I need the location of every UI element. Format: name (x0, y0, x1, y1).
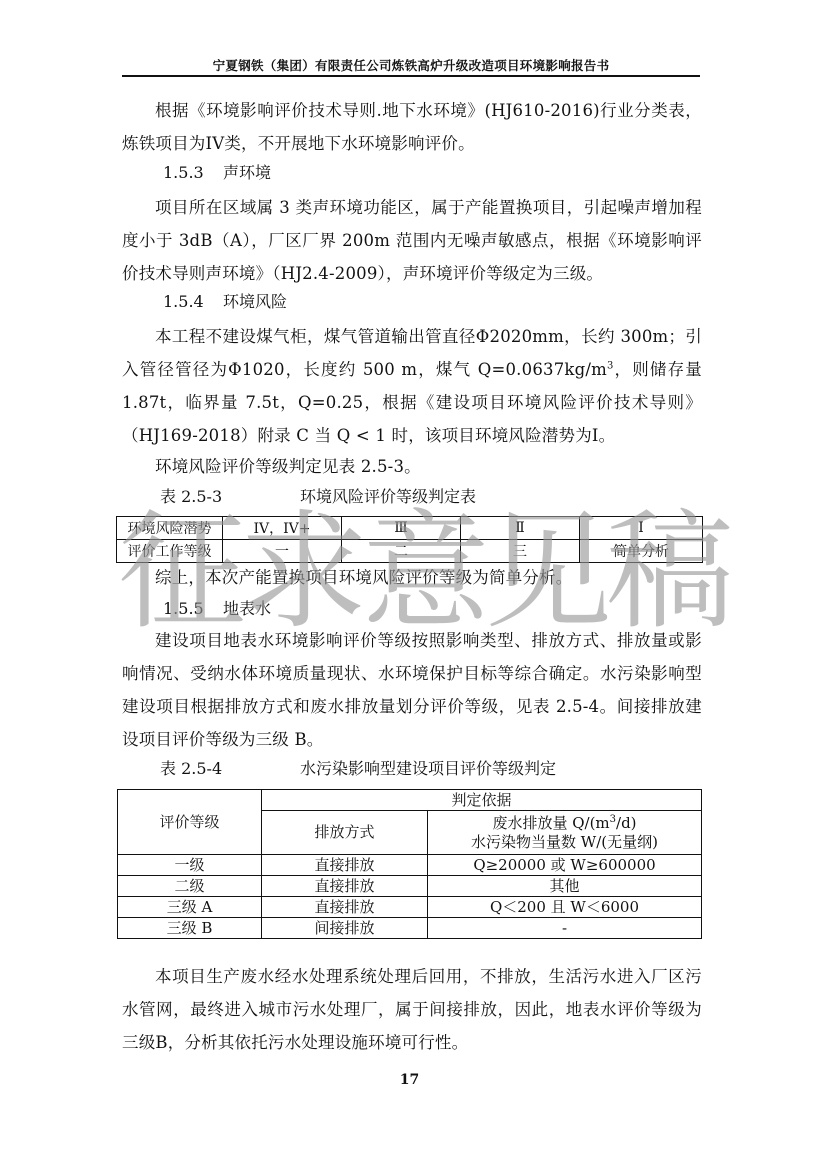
table-header-cell: 废水排放量 Q/(m3/d) 水污染物当量数 W/(无量纲) (428, 811, 702, 855)
paragraph-surface-water: 建设项目地表水环境影响评价等级按照影响类型、排放方式、排放量或影响情况、受纳水体… (122, 624, 702, 756)
section-title: 环境风险 (223, 292, 287, 311)
page-number: 17 (0, 1072, 819, 1088)
table-cell: 简单分析 (580, 540, 703, 563)
table-cell: 三级 B (118, 918, 262, 939)
table-caption-2-5-4: 表 2.5-4水污染影响型建设项目评价等级判定 (160, 756, 556, 782)
table-cell: 一 (223, 540, 342, 563)
table-cell: IV，IV+ (223, 517, 342, 540)
section-number: 1.5.3 (163, 160, 223, 186)
quantity-header-line1: 废水排放量 Q/(m3/d) (428, 814, 701, 833)
section-heading-1-5-4: 1.5.4环境风险 (163, 289, 287, 315)
table-number: 表 2.5-4 (160, 756, 300, 782)
table-cell: 一级 (118, 855, 262, 876)
paragraph-groundwater: 根据《环境影响评价技术导则.地下水环境》(HJ610-2016)行业分类表，炼铁… (122, 94, 702, 160)
header-rule (122, 75, 700, 77)
table-row: 二级 直接排放 其他 (118, 876, 702, 897)
section-title: 地表水 (223, 599, 271, 618)
table-cell: 二 (342, 540, 461, 563)
paragraph-risk-table-ref: 环境风险评价等级判定见表 2.5-3。 (122, 450, 702, 483)
table-cell: Ⅰ (580, 517, 703, 540)
table-row: 三级 B 间接排放 - (118, 918, 702, 939)
paragraph-risk: 本工程不建设煤气柜，煤气管道输出管直径Φ2020mm，长约 300m；引入管径管… (122, 320, 702, 452)
table-cell: - (428, 918, 702, 939)
document-header: 宁夏钢铁（集团）有限责任公司炼铁高炉升级改造项目环境影响报告书 (122, 56, 700, 74)
water-pollution-grade-table: 评价等级 判定依据 排放方式 废水排放量 Q/(m3/d) 水污染物当量数 W/… (117, 789, 702, 939)
section-title: 声环境 (223, 163, 271, 182)
table-title: 水污染影响型建设项目评价等级判定 (300, 759, 556, 778)
table-cell: 三 (461, 540, 580, 563)
table-row: 一级 直接排放 Q≥20000 或 W≥600000 (118, 855, 702, 876)
table-caption-2-5-3: 表 2.5-3环境风险评价等级判定表 (160, 484, 476, 510)
paragraph-conclusion: 本项目生产废水经水处理系统处理后回用，不排放，生活污水进入厂区污水管网，最终进入… (122, 960, 702, 1059)
table-cell: 直接排放 (262, 855, 428, 876)
table-cell: 间接排放 (262, 918, 428, 939)
section-heading-1-5-3: 1.5.3声环境 (163, 160, 271, 186)
table-cell: Ⅲ (342, 517, 461, 540)
table-row: 环境风险潜势 IV，IV+ Ⅲ Ⅱ Ⅰ (117, 517, 703, 540)
table-number: 表 2.5-3 (160, 484, 300, 510)
table-cell: Q≥20000 或 W≥600000 (428, 855, 702, 876)
table-cell: 直接排放 (262, 897, 428, 918)
table-cell: 三级 A (118, 897, 262, 918)
table-row: 评价工作等级 一 二 三 简单分析 (117, 540, 703, 563)
quantity-header-line2: 水污染物当量数 W/(无量纲) (428, 833, 701, 852)
table-cell: 其他 (428, 876, 702, 897)
paragraph-risk-conclusion: 综上，本次产能置换项目环境风险评价等级为简单分析。 (122, 561, 702, 594)
table-cell: 评价工作等级 (117, 540, 223, 563)
table-header-cell: 评价等级 (118, 790, 262, 855)
table-row: 三级 A 直接排放 Q＜200 且 W＜6000 (118, 897, 702, 918)
section-heading-1-5-5: 1.5.5地表水 (163, 596, 271, 622)
table-cell: 直接排放 (262, 876, 428, 897)
section-number: 1.5.5 (163, 596, 223, 622)
table-header-cell: 判定依据 (262, 790, 702, 811)
table-cell: 环境风险潜势 (117, 517, 223, 540)
table-title: 环境风险评价等级判定表 (300, 487, 476, 506)
risk-level-table: 环境风险潜势 IV，IV+ Ⅲ Ⅱ Ⅰ 评价工作等级 一 二 三 简单分析 (116, 516, 703, 563)
paragraph-noise: 项目所在区域属 3 类声环境功能区，属于产能置换项目，引起噪声增加程度小于 3d… (122, 191, 702, 290)
table-header-cell: 排放方式 (262, 811, 428, 855)
table-header-row: 评价等级 判定依据 (118, 790, 702, 811)
section-number: 1.5.4 (163, 289, 223, 315)
table-cell: 二级 (118, 876, 262, 897)
table-cell: Q＜200 且 W＜6000 (428, 897, 702, 918)
table-cell: Ⅱ (461, 517, 580, 540)
